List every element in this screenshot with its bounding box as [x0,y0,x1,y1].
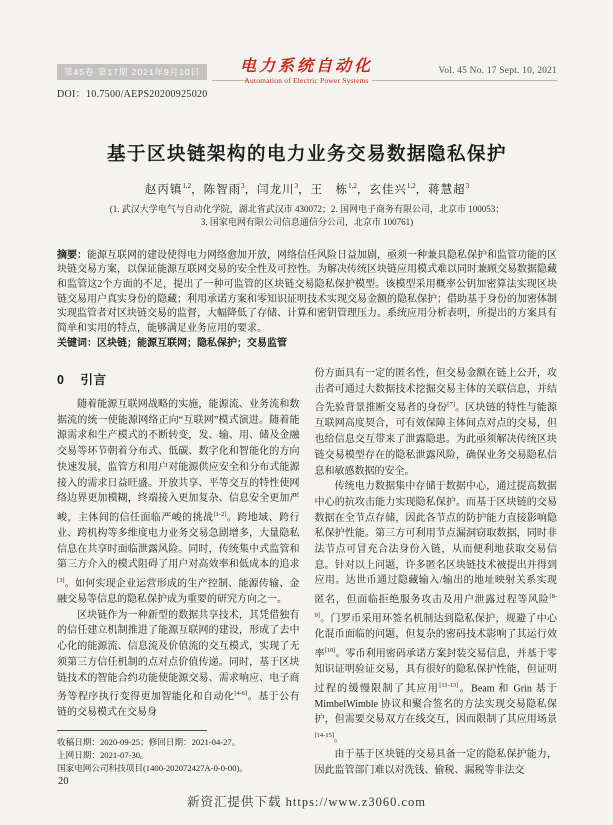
abstract: 摘要：能源互联网的建设使得电力网络愈加开放，网络信任风险日益加剧，亟须一种兼具隐… [57,249,557,337]
journal-name-en: Automation of Electric Power Systems [227,76,387,85]
author: 王 栋1,2 [311,184,357,196]
paragraph: 份方面具有一定的匿名性，但交易金额在链上公开，攻击者可通过大数据技术挖掘交易主体… [315,366,558,479]
two-column-body: 0引言 随着能源互联网战略的实施，能源流、业务流和数据流的统一使能源网络正向“互… [57,366,557,779]
author: 蒋慧超3 [428,184,469,196]
section-title: 引言 [80,373,106,387]
section-number: 0 [57,373,64,387]
author: 闫龙川3 [257,184,298,196]
paper-content: 基于区块链架构的电力业务交易数据隐私保护 赵丙镇1,2，陈智雨3，闫龙川3，王 … [57,142,557,779]
paragraph: 区块链作为一种新型的数据共享技术，其凭借独有的信任建立机制推进了能源互联网的建设… [57,608,300,721]
right-column-paragraphs: 份方面具有一定的匿名性，但交易金额在链上公开，攻击者可通过大数据技术挖掘交易主体… [315,366,558,779]
paragraph: 传统电力数据集中存储于数据中心，通过提高数据中心的抗攻击能力实现隐私保护。而基于… [315,479,558,747]
journal-logo: 电力系统自动化 Automation of Electric Power Sys… [227,58,387,85]
paragraph: 由于基于区块链的交易具备一定的隐私保护能力，因此监管部门难以对洗钱、偷税、漏税等… [315,747,558,778]
header-rule-right [372,80,557,81]
right-column: 份方面具有一定的匿名性，但交易金额在链上公开，攻击者可通过大数据技术挖掘交易主体… [315,366,558,779]
keywords-label: 关键词： [57,338,97,349]
keywords: 关键词：区块链；能源互联网；隐私保护；交易监管 [57,337,557,352]
footnote-rule [57,730,207,731]
footnote-block: 收稿日期：2020-09-25；修回日期：2021-04-27。 上网日期：20… [57,730,300,775]
author: 赵丙镇1,2 [145,184,191,196]
author: 陈智雨3 [204,184,245,196]
paper-page: 第45卷 第17期 2021年9月10日 DOI：10.7500/AEPS202… [0,0,613,825]
affiliations: (1. 武汉大学电气与自动化学院，湖北省武汉市 430072；2. 国网电子商务… [57,203,557,230]
journal-name-cn: 电力系统自动化 [227,58,387,76]
keywords-text: 区块链；能源互联网；隐私保护；交易监管 [97,338,287,349]
doi-text: DOI：10.7500/AEPS20200925020 [57,85,208,100]
volume-info: Vol. 45 No. 17 Sept. 10, 2021 [438,66,557,76]
paper-title: 基于区块链架构的电力业务交易数据隐私保护 [57,142,557,166]
funding-note: 国家电网公司科技项目(1400-202072427A-0-0-00)。 [57,762,300,775]
issue-band: 第45卷 第17期 2021年9月10日 [57,64,207,80]
abstract-label: 摘要： [57,250,87,261]
watermark: 新资汇提供下载 https://www.z3060.com [0,792,613,810]
authors-line: 赵丙镇1,2，陈智雨3，闫龙川3，王 栋1,2，玄佳兴1,2，蒋慧超3 [57,178,557,198]
online-date: 上网日期：2021-07-30。 [57,749,300,762]
author: 玄佳兴1,2 [369,184,415,196]
affiliation-line-1: (1. 武汉大学电气与自动化学院，湖北省武汉市 430072；2. 国网电子商务… [57,203,557,217]
paragraph: 随着能源互联网战略的实施，能源流、业务流和数据流的统一使能源网络正向“互联网”模… [57,397,300,608]
received-revised-date: 收稿日期：2020-09-25；修回日期：2021-04-27。 [57,736,300,749]
abstract-text: 能源互联网的建设使得电力网络愈加开放，网络信任风险日益加剧，亟须一种兼具隐私保护… [57,250,557,334]
affiliation-line-2: 3. 国家电网有限公司信息通信分公司，北京市 100761) [57,216,557,230]
page-number: 20 [58,776,69,787]
left-column-paragraphs: 随着能源互联网战略的实施，能源流、业务流和数据流的统一使能源网络正向“互联网”模… [57,397,300,721]
left-column: 0引言 随着能源互联网战略的实施，能源流、业务流和数据流的统一使能源网络正向“互… [57,366,300,779]
section-heading: 0引言 [57,370,300,388]
